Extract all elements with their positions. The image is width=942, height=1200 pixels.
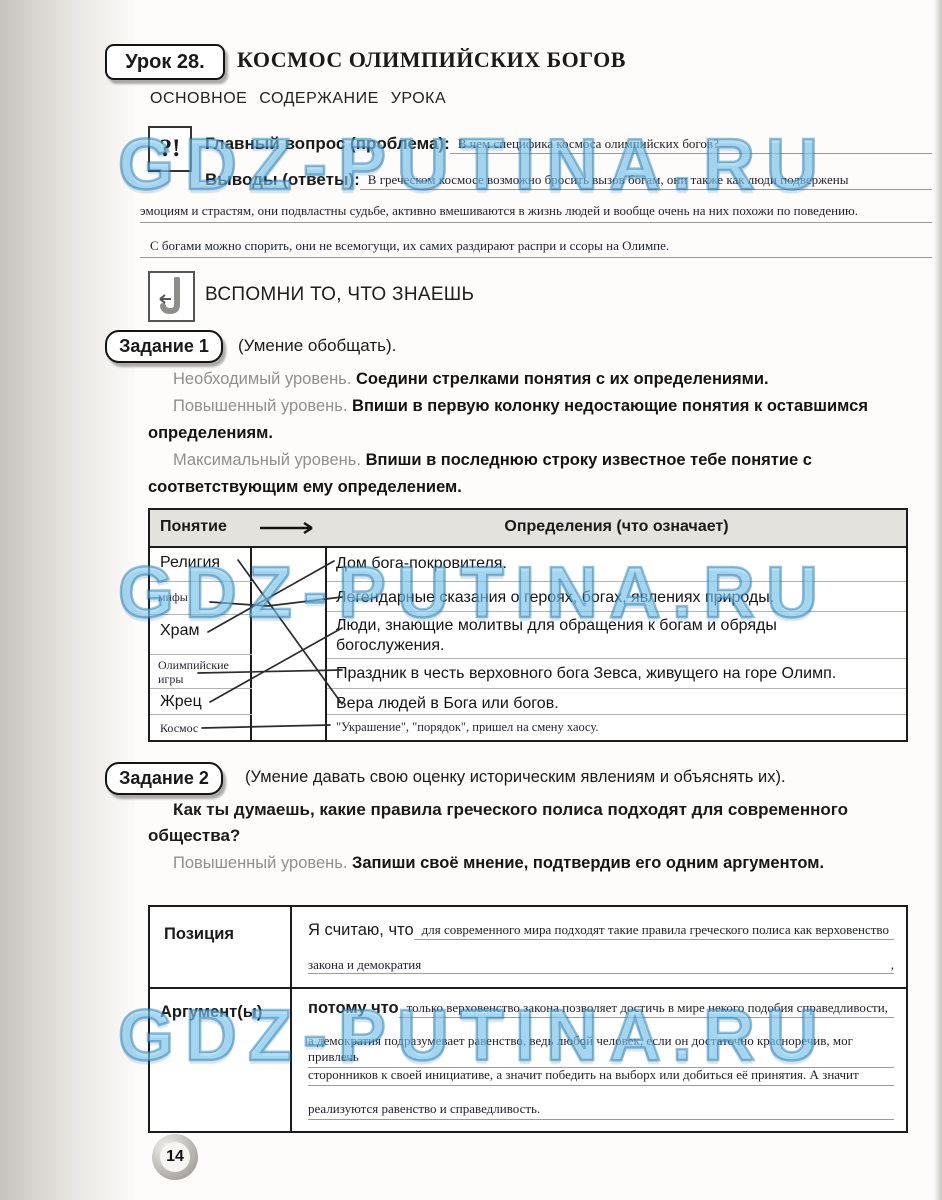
page-number-badge: 14 — [152, 1134, 198, 1180]
task1-skill: (Умение обобщать). — [238, 336, 396, 356]
conclusion-line-3: С богами можно спорить, они не всемогущи… — [140, 238, 932, 258]
page-title: КОСМОС ОЛИМПИЙСКИХ БОГОВ — [237, 47, 626, 73]
task2-badge: Задание 2 — [105, 762, 223, 795]
book-binding-shadow — [0, 0, 135, 1200]
task1-badge: Задание 1 — [105, 330, 223, 363]
conclusions-row: Выводы (ответы): В греческом космосе воз… — [205, 170, 932, 190]
level-advanced: Повышенный уровень. Впиши в первую колон… — [148, 393, 912, 447]
concept-header: Понятие — [160, 518, 227, 536]
argument-label: Аргумент(ы) — [160, 1003, 262, 1022]
recall-heading: ВСПОМНИ ТО, ЧТО ЗНАЕШЬ — [205, 284, 474, 306]
position-answer-line-2: закона и демократия , — [308, 957, 894, 974]
page-edge — [934, 0, 942, 1200]
position-suffix: , — [891, 957, 894, 973]
section-subtitle: ОСНОВНОЕ СОДЕРЖАНИЕ УРОКА — [150, 90, 446, 108]
arrow-icon — [258, 520, 320, 541]
main-question-answer: В чем специфика космоса олимпийских бого… — [450, 136, 932, 154]
question-exclamation-icon: ?! — [148, 126, 192, 172]
row-divider — [150, 987, 906, 989]
argument-prefix: потому что — [308, 999, 399, 1018]
opinion-table: Позиция Аргумент(ы) Я считаю, что для со… — [148, 905, 908, 1133]
connector-lines — [150, 510, 906, 740]
task1-levels: Необходимый уровень. Соедини стрелками п… — [148, 366, 912, 501]
conclusion-line-2: эмоциям и страстям, они подвластны судьб… — [140, 203, 932, 223]
position-prefix: Я считаю, что — [308, 921, 414, 940]
task2-question: Как ты думаешь, какие правила греческого… — [148, 797, 910, 849]
conclusion-line-1: В греческом космосе возможно бросить выз… — [360, 172, 932, 190]
argument-line-1: только верховенство закона позволяет дос… — [399, 1000, 894, 1018]
page-number: 14 — [160, 1142, 190, 1172]
position-label: Позиция — [164, 925, 234, 944]
task2-skill: (Умение давать свою оценку историческим … — [245, 768, 786, 787]
level-maximum: Максимальный уровень. Впиши в последнюю … — [148, 447, 912, 501]
concepts-table: Понятие Определения (что означает) Религ… — [148, 508, 908, 742]
task2-level: Повышенный уровень. Запиши своё мнение, … — [148, 850, 912, 877]
lesson-badge: Урок 28. — [105, 44, 225, 80]
argument-row: потому что только верховенство закона по… — [308, 999, 894, 1018]
remember-icon — [148, 271, 195, 322]
position-row: Я считаю, что для современного мира подх… — [308, 921, 894, 940]
main-question-label: Главный вопрос (проблема): — [205, 134, 450, 154]
definitions-header: Определения (что означает) — [327, 518, 906, 536]
argument-line-4: реализуются равенство и справедливость. — [308, 1101, 894, 1120]
position-answer-line-1: для современного мира подходят такие пра… — [414, 922, 894, 940]
conclusions-label: Выводы (ответы): — [205, 170, 360, 190]
main-question-row: Главный вопрос (проблема): В чем специфи… — [205, 134, 932, 154]
argument-line-3: сторонников к своей инициативе, а значит… — [308, 1067, 894, 1086]
level-required: Необходимый уровень. Соедини стрелками п… — [148, 366, 912, 393]
argument-line-2: а демократия подразумевает равенство, ве… — [308, 1033, 894, 1068]
